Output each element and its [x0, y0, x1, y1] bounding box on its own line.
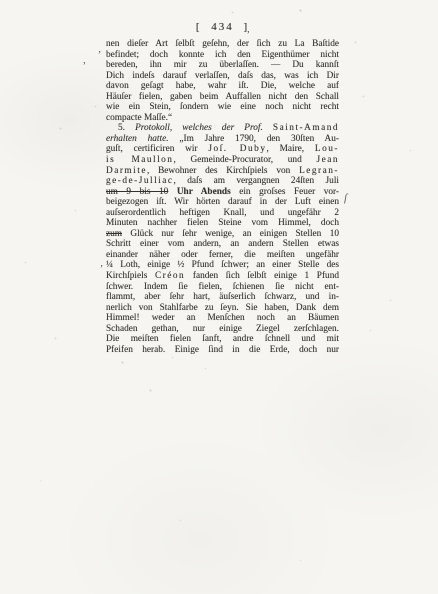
text-segment: Saint-Amand [273, 123, 339, 133]
text-line: davon geſagt habe, wahr iſt. Die, welche… [106, 81, 339, 92]
text-line: Darmite, Bewohner des Kirchſpiels von Le… [106, 166, 339, 177]
text-line: Dich indeſs darauf verlaſſen, daſs das, … [106, 71, 339, 82]
text-segment: flammt, aber ſehr hart, äuſserlich ſchwa… [106, 292, 339, 302]
text-line: auſserordentlich heftigen Knall, und ung… [106, 208, 339, 219]
text-line: beigezogen iſt. Wir hörten darauf in der… [106, 197, 339, 208]
text-line: Häuſer fielen, gaben beim Auffallen nich… [106, 92, 339, 103]
text-block: nen dieſer Art ſelbſt geſehn, der ſich z… [106, 39, 339, 355]
page-number-header: [ 434 ] [106, 21, 339, 33]
text-line: is Maullon, Gemeinde-Procurator, und Jea… [106, 155, 339, 166]
text-segment: Lou- [315, 144, 339, 154]
text-segment [263, 123, 273, 133]
text-segment: ein groſses Feuer vor- [231, 187, 339, 197]
text-segment: guſt, certificiren wir [106, 144, 208, 154]
text-segment: , Gemeinde-Procurator, und [173, 155, 316, 165]
text-segment: Häuſer fielen, gaben beim Auffallen nich… [106, 92, 339, 102]
text-line: guſt, certificiren wir Joſ. Duby, Maire,… [106, 144, 339, 155]
text-segment: Schaden gethan, nur einige Ziegel zerſch… [106, 324, 339, 334]
text-segment: Jean [316, 155, 339, 165]
text-segment: , Maire, [266, 144, 314, 154]
text-segment: , daſs am vergangnen 24ſten Juli [174, 176, 339, 186]
text-line: zum Glück nur ſehr wenige, an einigen St… [106, 229, 339, 240]
text-segment: nen dieſer Art ſelbſt geſehn, der ſich z… [106, 39, 339, 49]
text-segment: beigezogen iſt. Wir hörten darauf in der… [106, 197, 339, 207]
text-line: ſchwer. Indem ſie fielen, ſchienen ſie n… [106, 282, 339, 293]
text-segment: Glück nur ſehr wenige, an einigen Stelle… [122, 229, 339, 239]
text-line: Himmel! weder an Menſchen noch an Bäumen [106, 313, 339, 324]
text-segment: ¼ Loth, einige ½ Pfund ſchwer; an einer … [106, 260, 339, 270]
text-line: nen dieſer Art ſelbſt geſehn, der ſich z… [106, 39, 339, 50]
text-segment: zum [106, 229, 122, 239]
text-segment: Créon [155, 271, 185, 281]
text-line: befindet; doch konnte ich den Eigenthüme… [106, 50, 339, 61]
text-segment: Himmel! weder an Menſchen noch an Bäumen [106, 313, 339, 323]
text-line: einander näher oder ferner, die meiſten … [106, 250, 339, 261]
text-line: compacte Maſſe.“ [106, 113, 339, 124]
text-line: Die meiſten fielen ſanft, andre ſchnell … [106, 334, 339, 345]
text-line: bereden, ihn mir zu überlaſſen. — Du kan… [106, 60, 339, 71]
text-segment: Dich indeſs darauf verlaſſen, daſs das, … [106, 71, 339, 81]
text-segment: , Bewohner des Kirchſpiels von [147, 166, 299, 176]
text-line: Schritt einer vom andern, an andern Stel… [106, 239, 339, 250]
text-segment: Die meiſten fielen ſanft, andre ſchnell … [106, 334, 339, 344]
text-segment: ſchwer. Indem ſie fielen, ſchienen ſie n… [106, 282, 339, 292]
text-line: Minuten nachher fielen Steine vom Himmel… [106, 218, 339, 229]
text-line: nerlich von Stahlfarbe zu ſeyn. Sie habe… [106, 303, 339, 314]
text-segment: auſserordentlich heftigen Knall, und ung… [106, 208, 339, 218]
text-segment: befindet; doch konnte ich den Eigenthüme… [106, 50, 339, 60]
scan-noise-specks [0, 0, 1, 1]
ink-mark: ’ [97, 50, 101, 61]
text-segment: Joſ. Duby [208, 144, 266, 154]
text-segment: einander näher oder ferner, die meiſten … [106, 250, 339, 260]
text-segment: Legran- [299, 166, 339, 176]
text-segment: Schritt einer vom andern, an andern Stel… [106, 239, 339, 249]
text-segment: erhalten hatte. [106, 134, 169, 144]
text-line: Kirchſpiels Créon fanden ſich ſelbſt ein… [106, 271, 339, 282]
text-line: ¼ Loth, einige ½ Pfund ſchwer; an einer … [106, 260, 339, 271]
ink-mark: ſ [344, 193, 347, 204]
text-line: flammt, aber ſehr hart, äuſserlich ſchwa… [106, 292, 339, 303]
text-line: Schaden gethan, nur einige Ziegel zerſch… [106, 324, 339, 335]
text-segment: Uhr Abends [177, 187, 231, 197]
text-line: ge-de-Julliac, daſs am vergangnen 24ſten… [106, 176, 339, 187]
scanned-book-page: [ 434 ] nen dieſer Art ſelbſt geſehn, de… [0, 0, 438, 594]
text-line: erhalten hatte. „Im Jahre 1790, den 30ſt… [106, 134, 339, 145]
ink-mark: ’ [99, 264, 103, 275]
text-segment: fanden ſich ſelbſt einige 1 Pfund [185, 271, 339, 281]
text-segment: Protokoll, welches der Prof. [135, 123, 263, 133]
text-segment: is Maullon [106, 155, 173, 165]
text-segment: ge-de-Julliac [106, 176, 174, 186]
text-segment: Darmite [106, 166, 147, 176]
ink-mark: , [83, 55, 86, 66]
ink-mark: , [247, 24, 250, 35]
text-segment: compacte Maſſe.“ [106, 113, 172, 123]
text-segment: Pfeifen herab. Einige ſind in die Erde, … [106, 345, 339, 355]
text-segment: bereden, ihn mir zu überlaſſen. — Du kan… [106, 60, 339, 70]
text-segment: 5. [118, 123, 135, 133]
text-line: Pfeifen herab. Einige ſind in die Erde, … [106, 345, 339, 356]
text-line: wie ein Stein, ſondern wie eine noch nic… [106, 102, 339, 113]
text-segment: davon geſagt habe, wahr iſt. Die, welche… [106, 81, 339, 91]
text-segment: Minuten nachher fielen Steine vom Himmel… [106, 218, 339, 228]
text-segment [168, 187, 177, 197]
text-segment: wie ein Stein, ſondern wie eine noch nic… [106, 102, 339, 112]
text-segment: Kirchſpiels [106, 271, 155, 281]
text-line: um 9 bis 10 Uhr Abends ein groſses Feuer… [106, 187, 339, 198]
text-line: 5. Protokoll, welches der Prof. Saint-Am… [106, 123, 339, 134]
text-segment: „Im Jahre 1790, den 30ſten Au- [169, 134, 339, 144]
text-segment: nerlich von Stahlfarbe zu ſeyn. Sie habe… [106, 303, 339, 313]
text-segment: um 9 bis 10 [106, 187, 168, 197]
